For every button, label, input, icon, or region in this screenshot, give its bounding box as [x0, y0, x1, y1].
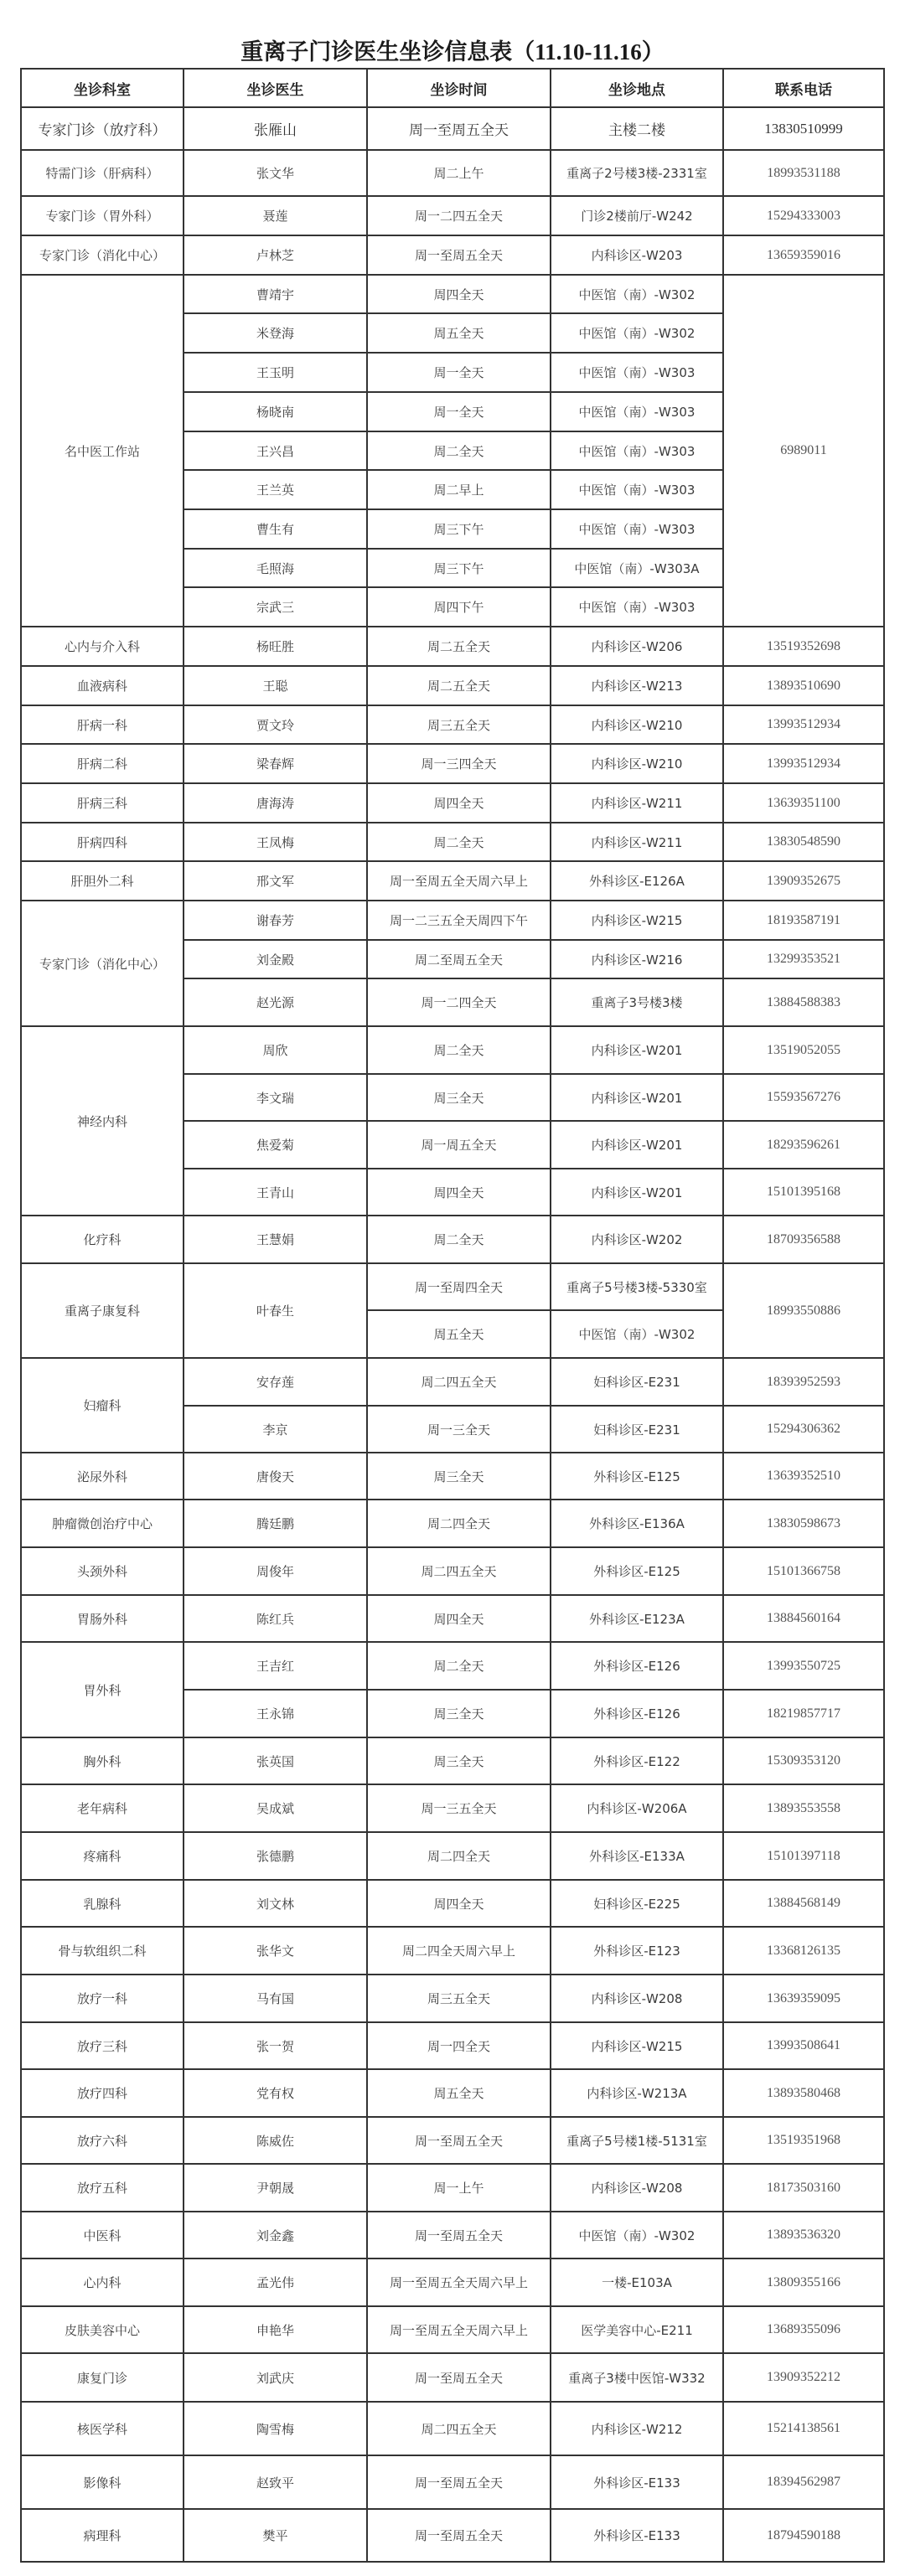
doctor-cell: 陈红兵: [184, 1595, 367, 1642]
table-row: 老年病科吴成斌周一三五全天内科诊区-W206A13893553558: [21, 1784, 884, 1832]
time-cell: 周一全天: [367, 353, 551, 392]
table-row: 中医科刘金鑫周一至周五全天中医馆（南）-W30213893536320: [21, 2212, 884, 2259]
phone-cell: 13893580468: [723, 2069, 884, 2117]
time-cell: 周五全天: [367, 313, 551, 353]
department-cell: 专家门诊（放疗科）: [21, 107, 184, 150]
phone-cell: 18193587191: [723, 901, 884, 940]
department-cell: 血液病科: [21, 666, 184, 705]
doctor-cell: 唐俊天: [184, 1453, 367, 1500]
time-cell: 周二早上: [367, 470, 551, 509]
department-cell: 化疗科: [21, 1216, 184, 1263]
doctor-cell: 李京: [184, 1406, 367, 1453]
location-cell: 重离子3楼中医馆-W332: [551, 2353, 723, 2402]
phone-cell: 13884588383: [723, 978, 884, 1026]
time-cell: 周二全天: [367, 1642, 551, 1690]
phone-cell: 13893510690: [723, 666, 884, 705]
phone-cell: 18993550886: [723, 1263, 884, 1358]
time-cell: 周一二三五全天周四下午: [367, 901, 551, 940]
time-cell: 周三全天: [367, 1453, 551, 1500]
time-cell: 周一至周五全天: [367, 2455, 551, 2509]
doctor-cell: 焦爱菊: [184, 1121, 367, 1169]
phone-cell: 18393952593: [723, 1358, 884, 1406]
phone-cell: 13909352675: [723, 861, 884, 901]
phone-cell: 15309353120: [723, 1737, 884, 1784]
location-cell: 中医馆（南）-W303: [551, 431, 723, 470]
location-cell: 中医馆（南）-W303A: [551, 549, 723, 587]
time-cell: 周一全天: [367, 392, 551, 431]
department-cell: 妇瘤科: [21, 1358, 184, 1453]
time-cell: 周一上午: [367, 2164, 551, 2212]
location-cell: 主楼二楼: [551, 107, 723, 150]
table-row: 重离子康复科叶春生周一至周四全天重离子5号楼3楼-5330室1899355088…: [21, 1263, 884, 1310]
time-cell: 周一至周五全天: [367, 107, 551, 150]
table-row: 专家门诊（胃外科）聂莲周一二四五全天门诊2楼前厅-W24215294333003: [21, 196, 884, 235]
department-cell: 放疗五科: [21, 2164, 184, 2212]
doctor-cell: 米登海: [184, 313, 367, 353]
doctor-cell: 唐海涛: [184, 783, 367, 823]
table-row: 影像科赵致平周一至周五全天外科诊区-E13318394562987: [21, 2455, 884, 2509]
time-cell: 周一三全天: [367, 1406, 551, 1453]
header-row: 坐诊科室 坐诊医生 坐诊时间 坐诊地点 联系电话: [21, 69, 884, 107]
time-cell: 周一三四全天: [367, 744, 551, 783]
location-cell: 内科诊区-W212: [551, 2402, 723, 2455]
department-cell: 心内与介入科: [21, 627, 184, 666]
time-cell: 周一至周四全天: [367, 1263, 551, 1310]
location-cell: 妇科诊区-E231: [551, 1406, 723, 1453]
location-cell: 内科诊区-W215: [551, 901, 723, 940]
department-cell: 病理科: [21, 2509, 184, 2562]
time-cell: 周一至周五全天周六早上: [367, 2306, 551, 2353]
location-cell: 重离子5号楼3楼-5330室: [551, 1263, 723, 1310]
table-row: 放疗一科马有国周三五全天内科诊区-W20813639359095: [21, 1975, 884, 2022]
phone-cell: 13639352510: [723, 1453, 884, 1500]
location-cell: 中医馆（南）-W303: [551, 392, 723, 431]
time-cell: 周一三五全天: [367, 1784, 551, 1832]
location-cell: 内科诊区-W211: [551, 783, 723, 823]
doctor-cell: 周欣: [184, 1026, 367, 1074]
time-cell: 周三下午: [367, 549, 551, 587]
doctor-cell: 聂莲: [184, 196, 367, 235]
phone-cell: 13884560164: [723, 1595, 884, 1642]
doctor-cell: 王玉明: [184, 353, 367, 392]
time-cell: 周二四五全天: [367, 2402, 551, 2455]
phone-cell: 13993508641: [723, 2022, 884, 2069]
time-cell: 周一至周五全天: [367, 2509, 551, 2562]
time-cell: 周一周五全天: [367, 1121, 551, 1169]
department-cell: 专家门诊（胃外科）: [21, 196, 184, 235]
table-row: 肿瘤微创治疗中心腾廷鹏周二四全天外科诊区-E136A13830598673: [21, 1500, 884, 1547]
doctor-cell: 张一贺: [184, 2022, 367, 2069]
phone-cell: 18993531188: [723, 150, 884, 196]
location-cell: 外科诊区-E126: [551, 1642, 723, 1690]
phone-cell: 13830548590: [723, 823, 884, 861]
department-cell: 疼痛科: [21, 1832, 184, 1880]
location-cell: 中医馆（南）-W303: [551, 509, 723, 549]
doctor-cell: 陶雪梅: [184, 2402, 367, 2455]
department-cell: 胃外科: [21, 1642, 184, 1737]
doctor-cell: 尹朝晟: [184, 2164, 367, 2212]
location-cell: 外科诊区-E123: [551, 1927, 723, 1975]
phone-cell: 18293596261: [723, 1121, 884, 1169]
page-title: 重离子门诊医生坐诊信息表（11.10-11.16）: [0, 34, 905, 66]
schedule-table: 坐诊科室 坐诊医生 坐诊时间 坐诊地点 联系电话 专家门诊（放疗科）张雁山周一至…: [20, 68, 885, 2563]
doctor-cell: 张英国: [184, 1737, 367, 1784]
location-cell: 外科诊区-E122: [551, 1737, 723, 1784]
department-cell: 肝病二科: [21, 744, 184, 783]
table-row: 乳腺科刘文林周四全天妇科诊区-E22513884568149: [21, 1880, 884, 1927]
doctor-cell: 曹生有: [184, 509, 367, 549]
table-row: 专家门诊（放疗科）张雁山周一至周五全天主楼二楼13830510999: [21, 107, 884, 150]
location-cell: 中医馆（南）-W302: [551, 2212, 723, 2259]
phone-cell: 13299353521: [723, 940, 884, 978]
doctor-cell: 刘武庆: [184, 2353, 367, 2402]
phone-cell: 13993512934: [723, 744, 884, 783]
location-cell: 外科诊区-E136A: [551, 1500, 723, 1547]
table-row: 心内与介入科杨旺胜周二五全天内科诊区-W20613519352698: [21, 627, 884, 666]
time-cell: 周五全天: [367, 1310, 551, 1358]
department-cell: 放疗六科: [21, 2117, 184, 2164]
time-cell: 周一四全天: [367, 2022, 551, 2069]
location-cell: 内科诊区-W203: [551, 235, 723, 275]
table-row: 肝病一科贾文玲周三五全天内科诊区-W21013993512934: [21, 705, 884, 744]
time-cell: 周四全天: [367, 1595, 551, 1642]
time-cell: 周二上午: [367, 150, 551, 196]
doctor-cell: 梁春辉: [184, 744, 367, 783]
doctor-cell: 邢文军: [184, 861, 367, 901]
phone-cell: 13368126135: [723, 1927, 884, 1975]
phone-cell: 18794590188: [723, 2509, 884, 2562]
table-row: 皮肤美容中心申艳华周一至周五全天周六早上医学美容中心-E211136893550…: [21, 2306, 884, 2353]
location-cell: 外科诊区-E133: [551, 2455, 723, 2509]
phone-cell: 15593567276: [723, 1074, 884, 1121]
location-cell: 内科诊区-W213A: [551, 2069, 723, 2117]
time-cell: 周二四全天: [367, 1832, 551, 1880]
phone-cell: 15214138561: [723, 2402, 884, 2455]
phone-cell: 6989011: [723, 275, 884, 627]
table-row: 病理科樊平周一至周五全天外科诊区-E13318794590188: [21, 2509, 884, 2562]
location-cell: 内科诊区-W211: [551, 823, 723, 861]
department-cell: 乳腺科: [21, 1880, 184, 1927]
department-cell: 专家门诊（消化中心）: [21, 235, 184, 275]
table-row: 放疗五科尹朝晟周一上午内科诊区-W20818173503160: [21, 2164, 884, 2212]
time-cell: 周一二四全天: [367, 978, 551, 1026]
location-cell: 外科诊区-E126: [551, 1690, 723, 1737]
doctor-cell: 王青山: [184, 1169, 367, 1216]
time-cell: 周一二四五全天: [367, 196, 551, 235]
time-cell: 周二五全天: [367, 666, 551, 705]
table-row: 胸外科张英国周三全天外科诊区-E12215309353120: [21, 1737, 884, 1784]
location-cell: 中医馆（南）-W303: [551, 470, 723, 509]
location-cell: 内科诊区-W213: [551, 666, 723, 705]
header-doctor: 坐诊医生: [184, 69, 367, 107]
doctor-cell: 卢林芝: [184, 235, 367, 275]
time-cell: 周二全天: [367, 431, 551, 470]
phone-cell: 18709356588: [723, 1216, 884, 1263]
table-row: 泌尿外科唐俊天周三全天外科诊区-E12513639352510: [21, 1453, 884, 1500]
table-row: 肝病四科王凤梅周二全天内科诊区-W21113830548590: [21, 823, 884, 861]
department-cell: 头颈外科: [21, 1547, 184, 1595]
time-cell: 周二四五全天: [367, 1547, 551, 1595]
date-range: （11.10-11.16）: [512, 39, 665, 65]
location-cell: 内科诊区-W206: [551, 627, 723, 666]
time-cell: 周二五全天: [367, 627, 551, 666]
phone-cell: 13639359095: [723, 1975, 884, 2022]
department-cell: 专家门诊（消化中心）: [21, 901, 184, 1026]
time-cell: 周二四全天: [367, 1500, 551, 1547]
doctor-cell: 王吉红: [184, 1642, 367, 1690]
doctor-cell: 马有国: [184, 1975, 367, 2022]
location-cell: 中医馆（南）-W302: [551, 1310, 723, 1358]
location-cell: 外科诊区-E133: [551, 2509, 723, 2562]
time-cell: 周一至周五全天周六早上: [367, 861, 551, 901]
doctor-cell: 腾廷鹏: [184, 1500, 367, 1547]
doctor-cell: 张德鹏: [184, 1832, 367, 1880]
doctor-cell: 张华文: [184, 1927, 367, 1975]
table-row: 血液病科王聪周二五全天内科诊区-W21313893510690: [21, 666, 884, 705]
time-cell: 周二四全天周六早上: [367, 1927, 551, 1975]
table-row: 放疗六科陈威佐周一至周五全天重离子5号楼1楼-5131室13519351968: [21, 2117, 884, 2164]
phone-cell: 18394562987: [723, 2455, 884, 2509]
location-cell: 中医馆（南）-W303: [551, 353, 723, 392]
phone-cell: 13830598673: [723, 1500, 884, 1547]
time-cell: 周三五全天: [367, 1975, 551, 2022]
department-cell: 影像科: [21, 2455, 184, 2509]
location-cell: 内科诊区-W210: [551, 744, 723, 783]
time-cell: 周三全天: [367, 1074, 551, 1121]
time-cell: 周一至周五全天: [367, 2117, 551, 2164]
table-row: 胃肠外科陈红兵周四全天外科诊区-E123A13884560164: [21, 1595, 884, 1642]
table-row: 肝病二科梁春辉周一三四全天内科诊区-W21013993512934: [21, 744, 884, 783]
doctor-cell: 刘金殿: [184, 940, 367, 978]
phone-cell: 13993512934: [723, 705, 884, 744]
location-cell: 中医馆（南）-W302: [551, 313, 723, 353]
location-cell: 内科诊区-W206A: [551, 1784, 723, 1832]
location-cell: 外科诊区-E133A: [551, 1832, 723, 1880]
location-cell: 医学美容中心-E211: [551, 2306, 723, 2353]
phone-cell: 13809355166: [723, 2259, 884, 2306]
doctor-cell: 王兰英: [184, 470, 367, 509]
location-cell: 妇科诊区-E231: [551, 1358, 723, 1406]
phone-cell: 15101366758: [723, 1547, 884, 1595]
doctor-cell: 李文瑞: [184, 1074, 367, 1121]
table-row: 特需门诊（肝病科）张文华周二上午重离子2号楼3楼-2331室1899353118…: [21, 150, 884, 196]
location-cell: 内科诊区-W201: [551, 1026, 723, 1074]
time-cell: 周一至周五全天: [367, 2353, 551, 2402]
doctor-cell: 申艳华: [184, 2306, 367, 2353]
phone-cell: 13659359016: [723, 235, 884, 275]
department-cell: 神经内科: [21, 1026, 184, 1216]
time-cell: 周三下午: [367, 509, 551, 549]
phone-cell: 13830510999: [723, 107, 884, 150]
doctor-cell: 王慧娟: [184, 1216, 367, 1263]
department-cell: 老年病科: [21, 1784, 184, 1832]
department-cell: 核医学科: [21, 2402, 184, 2455]
phone-cell: 13993550725: [723, 1642, 884, 1690]
location-cell: 中医馆（南）-W303: [551, 587, 723, 627]
doctor-cell: 王兴昌: [184, 431, 367, 470]
phone-cell: 18219857717: [723, 1690, 884, 1737]
doctor-cell: 王聪: [184, 666, 367, 705]
location-cell: 中医馆（南）-W302: [551, 275, 723, 313]
time-cell: 周三全天: [367, 1690, 551, 1737]
department-cell: 特需门诊（肝病科）: [21, 150, 184, 196]
location-cell: 内科诊区-W216: [551, 940, 723, 978]
table-row: 神经内科周欣周二全天内科诊区-W20113519052055: [21, 1026, 884, 1074]
table-row: 专家门诊（消化中心）谢春芳周一二三五全天周四下午内科诊区-W2151819358…: [21, 901, 884, 940]
location-cell: 一楼-E103A: [551, 2259, 723, 2306]
doctor-cell: 孟光伟: [184, 2259, 367, 2306]
table-row: 头颈外科周俊年周二四五全天外科诊区-E12515101366758: [21, 1547, 884, 1595]
doctor-cell: 党有权: [184, 2069, 367, 2117]
department-cell: 重离子康复科: [21, 1263, 184, 1358]
table-row: 化疗科王慧娟周二全天内科诊区-W20218709356588: [21, 1216, 884, 1263]
department-cell: 肝病三科: [21, 783, 184, 823]
department-cell: 肝病一科: [21, 705, 184, 744]
phone-cell: 13639351100: [723, 783, 884, 823]
doctor-cell: 赵致平: [184, 2455, 367, 2509]
department-cell: 骨与软组织二科: [21, 1927, 184, 1975]
time-cell: 周一至周五全天周六早上: [367, 2259, 551, 2306]
table-row: 专家门诊（消化中心）卢林芝周一至周五全天内科诊区-W20313659359016: [21, 235, 884, 275]
table-row: 名中医工作站曹靖宇周四全天中医馆（南）-W3026989011: [21, 275, 884, 313]
doctor-cell: 樊平: [184, 2509, 367, 2562]
department-cell: 胃肠外科: [21, 1595, 184, 1642]
phone-cell: 13893536320: [723, 2212, 884, 2259]
header-department: 坐诊科室: [21, 69, 184, 107]
department-cell: 放疗三科: [21, 2022, 184, 2069]
location-cell: 内科诊区-W201: [551, 1169, 723, 1216]
doctor-cell: 毛照海: [184, 549, 367, 587]
location-cell: 外科诊区-E125: [551, 1547, 723, 1595]
doctor-cell: 曹靖宇: [184, 275, 367, 313]
time-cell: 周四全天: [367, 1880, 551, 1927]
time-cell: 周一至周五全天: [367, 2212, 551, 2259]
header-location: 坐诊地点: [551, 69, 723, 107]
doctor-cell: 刘金鑫: [184, 2212, 367, 2259]
phone-cell: 15101395168: [723, 1169, 884, 1216]
department-cell: 肝胆外二科: [21, 861, 184, 901]
department-cell: 胸外科: [21, 1737, 184, 1784]
table-row: 核医学科陶雪梅周二四五全天内科诊区-W21215214138561: [21, 2402, 884, 2455]
location-cell: 外科诊区-E125: [551, 1453, 723, 1500]
time-cell: 周三五全天: [367, 705, 551, 744]
doctor-cell: 张雁山: [184, 107, 367, 150]
table-row: 疼痛科张德鹏周二四全天外科诊区-E133A15101397118: [21, 1832, 884, 1880]
doctor-cell: 宗武三: [184, 587, 367, 627]
time-cell: 周一至周五全天: [367, 235, 551, 275]
location-cell: 外科诊区-E123A: [551, 1595, 723, 1642]
header-time: 坐诊时间: [367, 69, 551, 107]
location-cell: 内科诊区-W202: [551, 1216, 723, 1263]
department-cell: 名中医工作站: [21, 275, 184, 627]
doctor-cell: 杨旺胜: [184, 627, 367, 666]
doctor-cell: 吴成斌: [184, 1784, 367, 1832]
title-text: 重离子门诊医生坐诊信息表: [240, 39, 512, 65]
table-row: 心内科孟光伟周一至周五全天周六早上一楼-E103A13809355166: [21, 2259, 884, 2306]
location-cell: 内科诊区-W215: [551, 2022, 723, 2069]
time-cell: 周五全天: [367, 2069, 551, 2117]
phone-cell: 13689355096: [723, 2306, 884, 2353]
doctor-cell: 安存莲: [184, 1358, 367, 1406]
doctor-cell: 周俊年: [184, 1547, 367, 1595]
phone-cell: 13909352212: [723, 2353, 884, 2402]
time-cell: 周二全天: [367, 1216, 551, 1263]
location-cell: 重离子2号楼3楼-2331室: [551, 150, 723, 196]
department-cell: 放疗四科: [21, 2069, 184, 2117]
header-phone: 联系电话: [723, 69, 884, 107]
time-cell: 周四全天: [367, 1169, 551, 1216]
table-row: 放疗四科党有权周五全天内科诊区-W213A13893580468: [21, 2069, 884, 2117]
location-cell: 妇科诊区-E225: [551, 1880, 723, 1927]
phone-cell: 13519352698: [723, 627, 884, 666]
location-cell: 外科诊区-E126A: [551, 861, 723, 901]
time-cell: 周四下午: [367, 587, 551, 627]
location-cell: 内科诊区-W210: [551, 705, 723, 744]
doctor-cell: 杨晓南: [184, 392, 367, 431]
doctor-cell: 陈威佐: [184, 2117, 367, 2164]
phone-cell: 13884568149: [723, 1880, 884, 1927]
location-cell: 内科诊区-W201: [551, 1121, 723, 1169]
department-cell: 康复门诊: [21, 2353, 184, 2402]
phone-cell: 13519351968: [723, 2117, 884, 2164]
phone-cell: 13519052055: [723, 1026, 884, 1074]
department-cell: 肝病四科: [21, 823, 184, 861]
doctor-cell: 王永锦: [184, 1690, 367, 1737]
time-cell: 周三全天: [367, 1737, 551, 1784]
location-cell: 内科诊区-W208: [551, 2164, 723, 2212]
department-cell: 中医科: [21, 2212, 184, 2259]
department-cell: 心内科: [21, 2259, 184, 2306]
department-cell: 放疗一科: [21, 1975, 184, 2022]
phone-cell: 18173503160: [723, 2164, 884, 2212]
time-cell: 周四全天: [367, 275, 551, 313]
table-row: 放疗三科张一贺周一四全天内科诊区-W21513993508641: [21, 2022, 884, 2069]
table-row: 康复门诊刘武庆周一至周五全天重离子3楼中医馆-W33213909352212: [21, 2353, 884, 2402]
location-cell: 门诊2楼前厅-W242: [551, 196, 723, 235]
phone-cell: 15294306362: [723, 1406, 884, 1453]
table-row: 胃外科王吉红周二全天外科诊区-E12613993550725: [21, 1642, 884, 1690]
table-row: 妇瘤科安存莲周二四五全天妇科诊区-E23118393952593: [21, 1358, 884, 1406]
location-cell: 内科诊区-W201: [551, 1074, 723, 1121]
doctor-cell: 谢春芳: [184, 901, 367, 940]
table-row: 肝胆外二科邢文军周一至周五全天周六早上外科诊区-E126A13909352675: [21, 861, 884, 901]
location-cell: 内科诊区-W208: [551, 1975, 723, 2022]
time-cell: 周二四五全天: [367, 1358, 551, 1406]
phone-cell: 15101397118: [723, 1832, 884, 1880]
department-cell: 泌尿外科: [21, 1453, 184, 1500]
phone-cell: 13893553558: [723, 1784, 884, 1832]
phone-cell: 15294333003: [723, 196, 884, 235]
time-cell: 周二至周五全天: [367, 940, 551, 978]
table-row: 肝病三科唐海涛周四全天内科诊区-W21113639351100: [21, 783, 884, 823]
location-cell: 重离子5号楼1楼-5131室: [551, 2117, 723, 2164]
location-cell: 重离子3号楼3楼: [551, 978, 723, 1026]
doctor-cell: 刘文林: [184, 1880, 367, 1927]
table-row: 骨与软组织二科张华文周二四全天周六早上外科诊区-E12313368126135: [21, 1927, 884, 1975]
schedule-body: 专家门诊（放疗科）张雁山周一至周五全天主楼二楼13830510999特需门诊（肝…: [21, 107, 884, 2562]
department-cell: 肿瘤微创治疗中心: [21, 1500, 184, 1547]
department-cell: 皮肤美容中心: [21, 2306, 184, 2353]
doctor-cell: 叶春生: [184, 1263, 367, 1358]
doctor-cell: 张文华: [184, 150, 367, 196]
time-cell: 周二全天: [367, 1026, 551, 1074]
doctor-cell: 王凤梅: [184, 823, 367, 861]
time-cell: 周四全天: [367, 783, 551, 823]
doctor-cell: 赵光源: [184, 978, 367, 1026]
doctor-cell: 贾文玲: [184, 705, 367, 744]
time-cell: 周二全天: [367, 823, 551, 861]
